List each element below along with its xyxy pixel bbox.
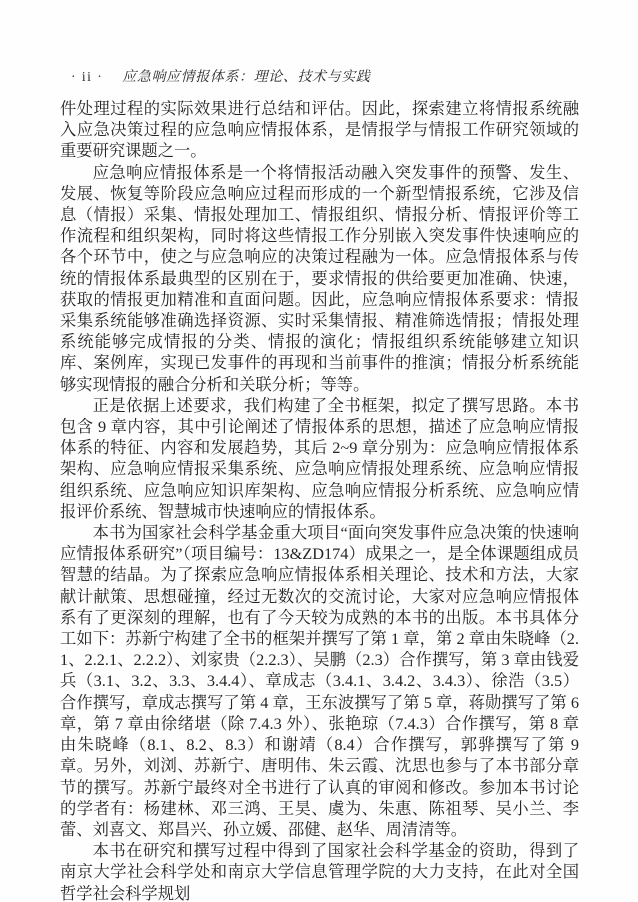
paragraph-book-structure: 正是依据上述要求，我们构建了全书框架，拟定了撰写思路。本书包含 9 章内容，其中…	[60, 395, 579, 522]
paragraph-project-credits: 本书为国家社会科学基金重大项目“面向突发事件应急决策的快速响应情报体系研究”（项…	[60, 522, 579, 840]
running-header: · ii · 应急响应情报体系：理论、技术与实践	[71, 66, 578, 86]
book-page: · ii · 应急响应情报体系：理论、技术与实践 件处理过程的实际效果进行总结和…	[0, 0, 638, 902]
paragraph-acknowledgements: 本书在研究和撰写过程中得到了国家社会科学基金的资助，得到了南京大学社会科学处和南…	[60, 840, 579, 902]
running-title: 应急响应情报体系：理论、技术与实践	[122, 66, 370, 86]
paragraph-system-definition: 应急响应情报体系是一个将情报活动融入突发事件的预警、发生、发展、恢复等阶段应急响…	[60, 162, 579, 395]
page-number: · ii ·	[71, 69, 103, 85]
paragraph-continuation: 件处理过程的实际效果进行总结和评估。因此，探索建立将情报系统融入应急决策过程的应…	[60, 98, 579, 162]
page-body: 件处理过程的实际效果进行总结和评估。因此，探索建立将情报系统融入应急决策过程的应…	[60, 98, 579, 902]
